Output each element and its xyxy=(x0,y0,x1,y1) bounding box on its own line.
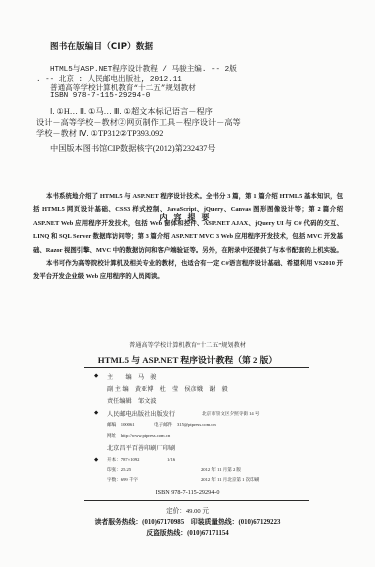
reader-hotline: 读者服务热线：(010)67170985 印装质量热线：(010)6712922… xyxy=(0,516,375,526)
isbn: ISBN 978-7-115-29294-0 xyxy=(0,489,375,496)
publisher: 人民邮电出版社出版发行 xyxy=(107,409,175,418)
website: 网址 http://www.ptpress.com.cn xyxy=(107,433,170,439)
cip-heading: 图书在版编目（CIP）数据 xyxy=(50,40,153,52)
colophon-series: 普通高等学校计算机教育“十二五”规划教材 xyxy=(0,340,375,349)
deputy-editors: 副 主 编 黄亚博 杜 莹 侯彦娥 谢 毅 xyxy=(107,384,228,393)
words: 字数：699 千字 xyxy=(107,477,138,483)
printing: 2012 年 11 月北京第 1 次印刷 xyxy=(201,477,259,483)
bullet-icon: ◆ xyxy=(94,410,98,416)
bullet-icon: ◆ xyxy=(94,373,98,379)
price: 定价：49.00 元 xyxy=(0,505,375,515)
cip-classification-3: 学校－教材 Ⅳ. ①TP312②TP393.092 xyxy=(36,128,163,139)
format: 开本：787×1092 xyxy=(107,457,139,463)
colophon-title: HTML5 与 ASP.NET 程序设计教程（第 2 版） xyxy=(0,353,375,366)
cip-classification-1: Ⅰ. ①H… Ⅱ. ①马… Ⅲ. ①超文本标记语言－程序 xyxy=(50,106,213,117)
cip-classification-2: 设计－高等学校－教材②网页制作工具－程序设计－高等 xyxy=(36,117,241,128)
printer: 北京昌平百善印刷厂印刷 xyxy=(107,443,175,452)
sheets: 印张：25.25 xyxy=(107,467,131,473)
email: 电子邮件 315@ptpress.com.cn xyxy=(154,422,216,428)
postcode: 邮编 100061 xyxy=(107,422,135,428)
cip-line-isbn: ISBN 978-7-115-29294-0 xyxy=(50,92,150,100)
bullet-icon: ◆ xyxy=(94,457,98,463)
cip-number: 中国版本图书馆CIP数据核字(2012)第232437号 xyxy=(50,143,216,154)
piracy-hotline: 反盗版热线：(010)67171154 xyxy=(0,527,375,537)
chief-editor: 主 编 马 骏 xyxy=(107,372,157,381)
colophon-bottom-rule xyxy=(84,500,309,501)
responsible-editor: 责任编辑 邹文波 xyxy=(107,396,157,405)
publisher-address: 北京市崇文区夕照寺街 14 号 xyxy=(202,411,259,417)
summary-paragraph-2: 本书可作为高等院校计算机及相关专业的教材，也适合有一定 C#语言程序设计基础、希… xyxy=(33,257,343,284)
edition: 2012 年 11 月第 2 版 xyxy=(201,467,241,473)
fold: 1/16 xyxy=(167,457,175,462)
summary-paragraph-1: 本书系统地介绍了 HTML5 与 ASP.NET 程序设计技术。全书分 3 篇，… xyxy=(33,190,343,257)
colophon-top-rule xyxy=(84,367,309,368)
summary-body: 本书系统地介绍了 HTML5 与 ASP.NET 程序设计技术。全书分 3 篇，… xyxy=(33,190,343,284)
